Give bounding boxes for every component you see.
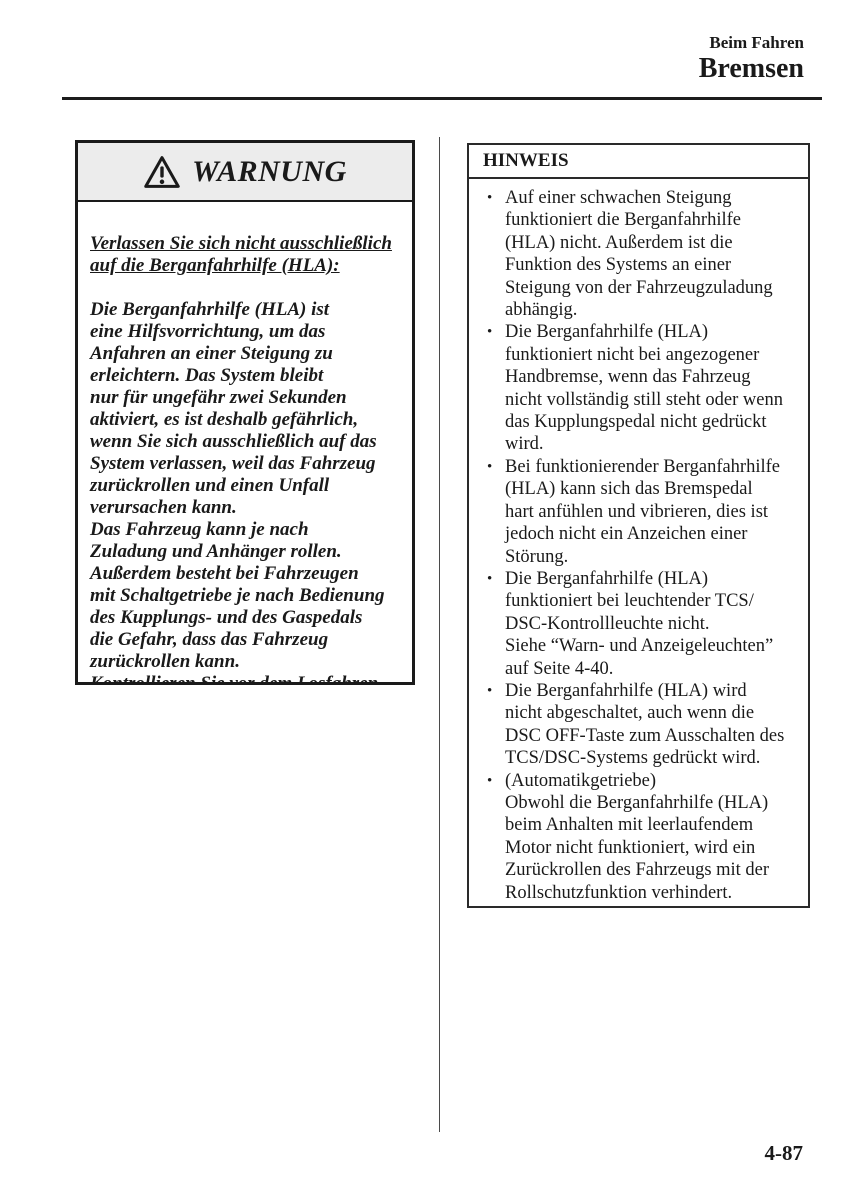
warning-triangle-icon bbox=[143, 155, 181, 189]
notice-item: (Automatikgetriebe) Obwohl die Berganfah… bbox=[483, 770, 806, 904]
notice-box: HINWEIS Auf einer schwachen Steigung fun… bbox=[467, 143, 810, 908]
warning-lead-text: Verlassen Sie sich nicht ausschließlich … bbox=[90, 233, 402, 277]
page-number: 4-87 bbox=[765, 1141, 804, 1166]
warning-body: Verlassen Sie sich nicht ausschließlich … bbox=[78, 202, 412, 685]
page-header: Beim Fahren Bremsen bbox=[699, 33, 804, 85]
notice-list: Auf einer schwachen Steigung funktionier… bbox=[469, 179, 808, 904]
notice-item: Auf einer schwachen Steigung funktionier… bbox=[483, 187, 806, 321]
notice-item: Die Berganfahrhilfe (HLA) funktioniert n… bbox=[483, 321, 806, 455]
warning-box: WARNUNG Verlassen Sie sich nicht ausschl… bbox=[75, 140, 415, 685]
manual-page: Beim Fahren Bremsen WARNUNG Verlassen Si… bbox=[0, 0, 845, 1200]
header-section-label: Beim Fahren bbox=[699, 33, 804, 53]
notice-item: Die Berganfahrhilfe (HLA) funktioniert b… bbox=[483, 568, 806, 680]
column-divider bbox=[439, 137, 440, 1132]
warning-body-text: Die Berganfahrhilfe (HLA) ist eine Hilfs… bbox=[90, 299, 402, 685]
notice-box-title: HINWEIS bbox=[469, 145, 808, 179]
header-rule bbox=[62, 97, 822, 100]
notice-item: Die Berganfahrhilfe (HLA) wird nicht abg… bbox=[483, 680, 806, 770]
page-title: Bremsen bbox=[699, 53, 804, 85]
warning-box-header: WARNUNG bbox=[78, 143, 412, 202]
notice-item: Bei funktionierender Berganfahrhilfe (HL… bbox=[483, 456, 806, 568]
warning-title: WARNUNG bbox=[192, 155, 347, 189]
